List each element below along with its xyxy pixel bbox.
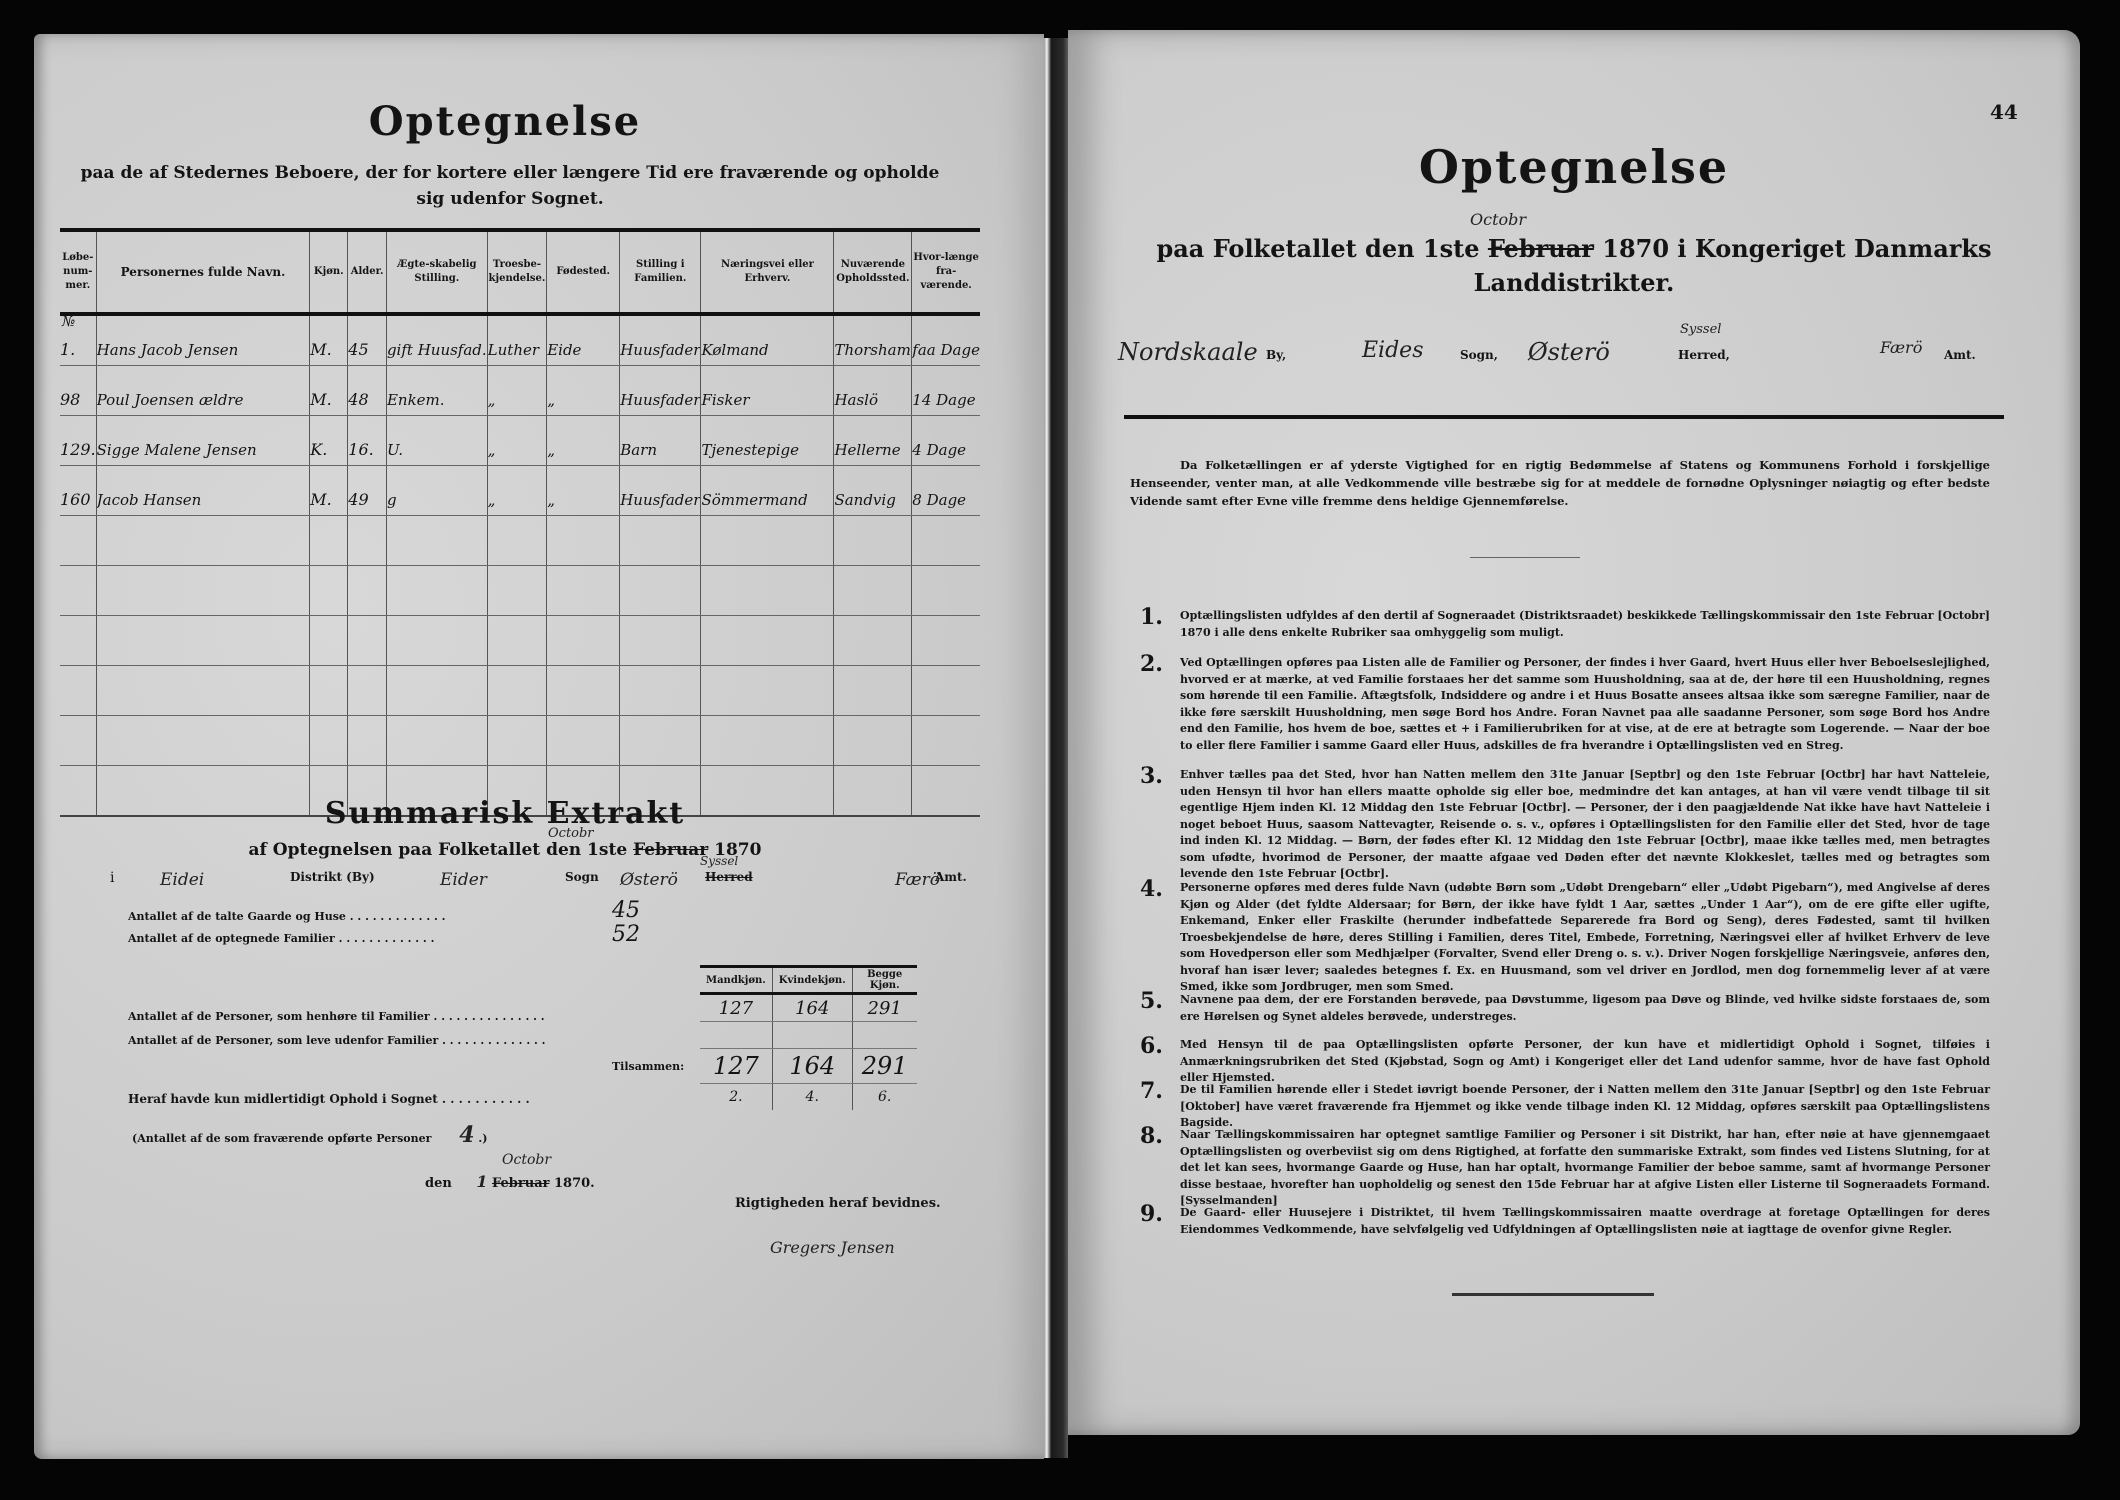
page-number: 44	[1990, 100, 2018, 124]
cell-age: 16.	[348, 416, 387, 466]
district-value: Eidei	[160, 870, 204, 890]
col-header-male: Mandkjøn.	[700, 967, 772, 994]
cell-duration	[912, 516, 980, 566]
subtitle-line2: Landdistrikter.	[1474, 268, 1675, 297]
cell-name	[96, 516, 310, 566]
cell-residence: Haslö	[834, 366, 912, 416]
date-struck-month: Februar	[492, 1176, 549, 1191]
cell-position: Huusfader	[620, 466, 701, 516]
table-row	[60, 566, 980, 616]
cell-duration	[912, 666, 980, 716]
cell-faith	[487, 516, 547, 566]
cell-duration: faa Dage	[912, 314, 980, 366]
intro-paragraph: Da Folketællingen er af yderste Vigtighe…	[1130, 456, 1990, 510]
col-header-number: Løbe-num-mer.	[60, 230, 96, 314]
col-header-residence: Nuværende Opholdssted.	[834, 230, 912, 314]
cell-duration: 14 Dage	[912, 366, 980, 416]
absent-count-label: (Antallet af de som fraværende opførte P…	[132, 1132, 431, 1145]
cell-occupation	[701, 666, 834, 716]
herred-annotation: Syssel	[1680, 322, 1721, 337]
parish-label: Sogn,	[1460, 348, 1498, 362]
cell-civil: g	[386, 466, 487, 516]
temporary-stay-label: Heraf havde kun midlertidigt Ophold i So…	[128, 1092, 530, 1106]
extract-subtitle: af Optegnelsen paa Folketallet den 1ste …	[0, 840, 1010, 860]
cell-residence	[834, 716, 912, 766]
cell-sex	[310, 616, 348, 666]
subtitle-prefix: paa Folketallet den 1ste	[1156, 234, 1479, 263]
parish-label: Sogn	[565, 870, 599, 884]
cell-civil: Enkem.	[386, 366, 487, 416]
rule-number: 4.	[1140, 876, 1163, 902]
cell-age: 49	[348, 466, 387, 516]
extract-subtitle-struck-month: Februar	[633, 840, 708, 860]
table-row: 98Poul Joensen ældreM.48Enkem.„„Huusfade…	[60, 366, 980, 416]
cell-duration	[912, 566, 980, 616]
location-prefix: i	[110, 870, 114, 886]
herred-value: Østerö	[1528, 338, 1610, 366]
persons-in-families-label: Antallet af de Personer, som henhøre til…	[128, 1010, 545, 1023]
header-divider	[1124, 415, 2004, 419]
cell-faith	[487, 566, 547, 616]
cell-birthplace: Eide	[547, 314, 620, 366]
cell-occupation: Fisker	[701, 366, 834, 416]
cell-name: Jacob Hansen	[96, 466, 310, 516]
total-row: 127 164 291	[700, 1049, 917, 1084]
temporary-both: 6.	[852, 1084, 917, 1111]
cell-sex	[310, 716, 348, 766]
cell-residence	[834, 666, 912, 716]
date-year: 1870.	[554, 1176, 595, 1191]
census-location-line: Nordskaale By, Eides Sogn, Østerö Syssel…	[1118, 338, 1998, 378]
total-female: 164	[772, 1049, 852, 1084]
cell-birthplace	[547, 666, 620, 716]
rule-text: Navnene paa dem, der ere Forstanden berø…	[1180, 992, 1990, 1025]
cell-nr	[60, 516, 96, 566]
table-row: 160Jacob HansenM.49g„„HuusfaderSömmerman…	[60, 466, 980, 516]
right-subtitle-month-annotation: Octobr	[1470, 210, 1526, 229]
cell-occupation	[701, 616, 834, 666]
rule-number: 5.	[1140, 988, 1163, 1014]
cell-faith: „	[487, 466, 547, 516]
cell-age	[348, 616, 387, 666]
cell-civil	[386, 616, 487, 666]
cell-occupation: Sömmermand	[701, 466, 834, 516]
cell-age	[348, 716, 387, 766]
district-label: Distrikt (By)	[290, 870, 375, 884]
cell-nr: 129.	[60, 416, 96, 466]
cell-civil	[386, 516, 487, 566]
cell-nr: 98	[60, 366, 96, 416]
cell-residence	[834, 616, 912, 666]
section-separator	[1470, 557, 1580, 558]
persons-in-families-both: 291	[852, 994, 917, 1022]
table-row: 1.Hans Jacob JensenM.45gift Huusfad.Luth…	[60, 314, 980, 366]
cell-birthplace	[547, 566, 620, 616]
cell-sex: M.	[310, 314, 348, 366]
cell-nr: 160	[60, 466, 96, 516]
persons-outside-both	[852, 1022, 917, 1049]
rule-text: Med Hensyn til de paa Optællingslisten o…	[1180, 1037, 1990, 1087]
date-day: 1	[476, 1172, 487, 1191]
persons-outside-families-row	[700, 1022, 917, 1049]
cell-sex	[310, 516, 348, 566]
table-row	[60, 716, 980, 766]
signature: Gregers Jensen	[770, 1238, 895, 1257]
families-count-label: Antallet af de optegnede Familier . . . …	[128, 932, 434, 945]
cell-duration: 4 Dage	[912, 416, 980, 466]
cell-position: Huusfader	[620, 314, 701, 366]
cell-nr	[60, 566, 96, 616]
col-header-faith: Troesbe-kjendelse.	[487, 230, 547, 314]
persons-in-families-row: 127 164 291	[700, 994, 917, 1022]
herred-label: Herred	[705, 870, 753, 884]
cell-position	[620, 716, 701, 766]
cell-nr: 1.	[60, 314, 96, 366]
rule-number: 6.	[1140, 1033, 1163, 1059]
farms-count-label: Antallet af de talte Gaarde og Huse . . …	[128, 910, 446, 923]
cell-birthplace	[547, 716, 620, 766]
cell-age: 45	[348, 314, 387, 366]
cell-birthplace: „	[547, 416, 620, 466]
town-label: By,	[1266, 348, 1286, 362]
cell-age	[348, 666, 387, 716]
absent-persons-table: Løbe-num-mer. Personernes fulde Navn. Kj…	[60, 228, 980, 817]
cell-civil: U.	[386, 416, 487, 466]
cell-civil	[386, 566, 487, 616]
cell-sex: M.	[310, 366, 348, 416]
date-month-annotation: Octobr	[502, 1152, 551, 1168]
cell-occupation	[701, 716, 834, 766]
cell-name: Sigge Malene Jensen	[96, 416, 310, 466]
cell-position	[620, 516, 701, 566]
cell-sex: M.	[310, 466, 348, 516]
farms-count-value: 45	[612, 898, 640, 923]
temporary-female: 4.	[772, 1084, 852, 1111]
rule-number: 7.	[1140, 1078, 1163, 1104]
rule-text: De Gaard- eller Huusejere i Distriktet, …	[1180, 1205, 1990, 1238]
persons-summary-table: Mandkjøn. Kvindekjøn. Begge Kjøn. 127 16…	[700, 965, 917, 1110]
cell-residence	[834, 516, 912, 566]
rule-text: Naar Tællingskommissairen har optegnet s…	[1180, 1127, 1990, 1210]
amt-label: Amt.	[1944, 348, 1976, 362]
table-row	[60, 616, 980, 666]
cell-name	[96, 666, 310, 716]
cell-birthplace	[547, 616, 620, 666]
rule-number: 1.	[1140, 604, 1163, 630]
col-header-both: Begge Kjøn.	[852, 967, 917, 994]
left-page-subtitle: paa de af Stedernes Beboere, der for kor…	[80, 160, 940, 212]
col-header-family-position: Stilling i Familien.	[620, 230, 701, 314]
town-value: Nordskaale	[1118, 338, 1258, 366]
table-row	[60, 666, 980, 716]
absent-count-value: 4	[459, 1122, 474, 1148]
cell-name	[96, 616, 310, 666]
cell-age: 48	[348, 366, 387, 416]
persons-in-families-female: 164	[772, 994, 852, 1022]
rule-text: Optællingslisten udfyldes af den dertil …	[1180, 608, 1990, 641]
cell-duration: 8 Dage	[912, 466, 980, 516]
persons-outside-families-label: Antallet af de Personer, som leve udenfo…	[128, 1034, 545, 1047]
table-header-row: Løbe-num-mer. Personernes fulde Navn. Kj…	[60, 230, 980, 314]
cell-nr	[60, 616, 96, 666]
subtitle-suffix: 1870 i Kongeriget Danmarks	[1602, 234, 1991, 263]
cell-age	[348, 566, 387, 616]
date-prefix: den	[425, 1176, 452, 1191]
temporary-stay-row: 2. 4. 6.	[700, 1084, 917, 1111]
extract-title: Summarisk Extrakt	[0, 796, 1010, 831]
parish-value: Eides	[1362, 338, 1424, 363]
cell-position	[620, 616, 701, 666]
persons-in-families-male: 127	[700, 994, 772, 1022]
col-header-female: Kvindekjøn.	[772, 967, 852, 994]
cell-faith: „	[487, 416, 547, 466]
cell-position	[620, 566, 701, 616]
rule-text: Enhver tælles paa det Sted, hvor han Nat…	[1180, 767, 1990, 883]
subtitle-struck-month: Februar	[1488, 234, 1594, 263]
cell-position: Barn	[620, 416, 701, 466]
right-page-title: Optegnelse	[1068, 140, 2080, 194]
total-both: 291	[852, 1049, 917, 1084]
rule-text: De til Familien hørende eller i Stedet i…	[1180, 1082, 1990, 1132]
col-header-occupation: Næringsvei eller Erhverv.	[701, 230, 834, 314]
cell-civil	[386, 716, 487, 766]
rule-number: 9.	[1140, 1201, 1163, 1227]
certification-text: Rigtigheden heraf bevidnes.	[735, 1196, 941, 1211]
cell-faith	[487, 616, 547, 666]
book-spine	[1044, 38, 1068, 1458]
cell-faith	[487, 716, 547, 766]
herred-label: Herred,	[1678, 348, 1730, 362]
cell-name: Poul Joensen ældre	[96, 366, 310, 416]
cell-birthplace: „	[547, 466, 620, 516]
cell-residence	[834, 566, 912, 616]
cell-residence: Hellerne	[834, 416, 912, 466]
end-divider	[1452, 1293, 1654, 1296]
families-count-value: 52	[612, 922, 640, 947]
col-header-duration: Hvor-længe fra-værende.	[912, 230, 980, 314]
cell-civil	[386, 666, 487, 716]
herred-annotation: Syssel	[700, 854, 738, 868]
cell-nr	[60, 666, 96, 716]
cell-residence: Thorsham	[834, 314, 912, 366]
cell-duration	[912, 716, 980, 766]
cell-position	[620, 666, 701, 716]
cell-birthplace: „	[547, 366, 620, 416]
cell-faith	[487, 666, 547, 716]
persons-outside-female	[772, 1022, 852, 1049]
left-page-title: Optegnelse	[0, 98, 1010, 145]
amt-value: Færö	[895, 870, 940, 890]
cell-occupation: Tjenestepige	[701, 416, 834, 466]
cell-faith: Luther	[487, 314, 547, 366]
cell-birthplace	[547, 516, 620, 566]
col-header-birthplace: Fødested.	[547, 230, 620, 314]
cell-faith: „	[487, 366, 547, 416]
cell-civil: gift Huusfad.	[386, 314, 487, 366]
rule-text: Ved Optællingen opføres paa Listen alle …	[1180, 655, 1990, 754]
col-header-civil-status: Ægte-skabelig Stilling.	[386, 230, 487, 314]
table-row	[60, 516, 980, 566]
extract-date-line: den 1 Februar 1870.	[425, 1172, 595, 1191]
cell-sex	[310, 566, 348, 616]
cell-name	[96, 716, 310, 766]
rule-number: 8.	[1140, 1123, 1163, 1149]
cell-position: Huusfader	[620, 366, 701, 416]
cell-residence: Sandvig	[834, 466, 912, 516]
col-header-age: Alder.	[348, 230, 387, 314]
cell-occupation	[701, 566, 834, 616]
cell-name	[96, 566, 310, 616]
cell-occupation	[701, 516, 834, 566]
rule-number: 3.	[1140, 763, 1163, 789]
col-header-name: Personernes fulde Navn.	[96, 230, 310, 314]
temporary-male: 2.	[700, 1084, 772, 1111]
absent-count-line: (Antallet af de som fraværende opførte P…	[132, 1122, 487, 1148]
extract-subtitle-prefix: af Optegnelsen paa Folketallet den 1ste	[249, 840, 628, 860]
total-label: Tilsammen:	[612, 1060, 684, 1073]
amt-label: Amt.	[935, 870, 967, 884]
cell-duration	[912, 616, 980, 666]
cell-sex: K.	[310, 416, 348, 466]
parish-prefix-value: Eider	[440, 870, 487, 890]
cell-age	[348, 516, 387, 566]
col-header-sex: Kjøn.	[310, 230, 348, 314]
cell-name: Hans Jacob Jensen	[96, 314, 310, 366]
cell-nr	[60, 716, 96, 766]
table-row: 129.Sigge Malene JensenK.16.U.„„BarnTjen…	[60, 416, 980, 466]
rule-number: 2.	[1140, 651, 1163, 677]
right-page-subtitle: paa Folketallet den 1ste Februar 1870 i …	[1068, 232, 2080, 300]
cell-occupation: Kølmand	[701, 314, 834, 366]
amt-value: Færö	[1880, 338, 1922, 357]
cell-sex	[310, 666, 348, 716]
total-male: 127	[700, 1049, 772, 1084]
parish-value: Østerö	[620, 870, 678, 890]
rule-text: Personerne opføres med deres fulde Navn …	[1180, 880, 1990, 996]
absent-count-close: .)	[478, 1132, 487, 1145]
persons-outside-male	[700, 1022, 772, 1049]
extract-month-annotation: Octobr	[548, 826, 594, 841]
